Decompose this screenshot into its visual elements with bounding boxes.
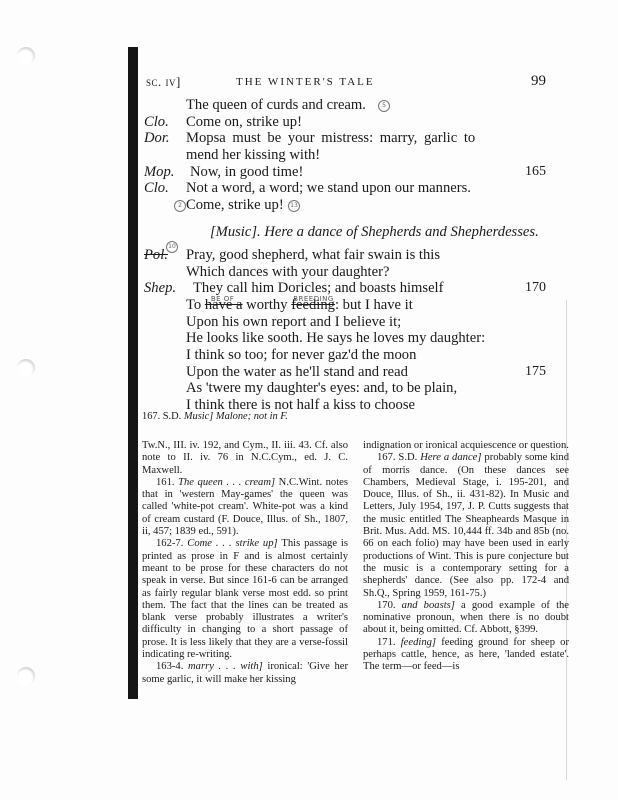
speaker-name: Mop.	[144, 164, 174, 181]
circled-number-mark: 5	[378, 100, 390, 112]
handwritten-correction: BE OF	[211, 291, 235, 308]
textual-note: 167. S.D. Music] Malone; not in F.	[142, 411, 288, 422]
play-title: THE WINTER'S TALE	[236, 76, 375, 88]
page-number: 99	[531, 73, 546, 90]
note-ref: 161.	[156, 477, 175, 488]
verse-line: Which dances with your daughter?	[146, 264, 566, 281]
speaker-name: Clo.	[144, 180, 169, 197]
struck-text: feedingBREEDING	[291, 297, 335, 313]
note-ref: 170.	[377, 600, 396, 611]
note-lemma: feeding]	[401, 637, 436, 648]
punch-hole-bottom	[17, 667, 35, 685]
verse-line: Clo. Come on, strike up!	[146, 114, 566, 131]
note-ref: 162-7.	[156, 538, 183, 549]
note-lemma: Come . . . strike up]	[187, 538, 277, 549]
verse-text: Which dances with your daughter?	[186, 264, 389, 281]
commentary-note: 170. and boasts] a good example of the n…	[363, 600, 569, 637]
note-text: This passage is printed as prose in F an…	[142, 538, 348, 660]
punch-hole-middle	[17, 359, 35, 377]
stage-direction: [Music]. Here a dance of Shepherds and S…	[146, 224, 566, 244]
commentary-note: 171. feeding] feeding ground for sheep o…	[363, 637, 569, 674]
verse-line: Shep. They call him Doricles; and boasts…	[146, 280, 566, 297]
verse-line: To have aBE OF worthy feedingBREEDING: b…	[146, 297, 566, 314]
note-ref: 163-4.	[156, 661, 183, 672]
verse-text: Now, in good time!	[190, 164, 303, 181]
textual-note-lemma: Music]	[184, 411, 213, 422]
punch-hole-top	[17, 47, 35, 65]
verse-line: Pol. 10 Pray, good shepherd, what fair s…	[146, 247, 566, 264]
commentary-note: indignation or ironical acquiescence or …	[363, 440, 569, 452]
note-lemma: Here a dance]	[420, 452, 481, 463]
textual-note-text: Malone; not in F.	[216, 411, 288, 422]
speaker-name: Clo.	[144, 114, 169, 131]
verse-text: Upon his own report and I believe it;	[186, 314, 401, 331]
textual-note-ref: 167. S.D.	[142, 411, 181, 422]
note-ref: 171.	[377, 637, 396, 648]
struck-text: have aBE OF	[205, 297, 243, 313]
line-number: 170	[525, 280, 546, 297]
verse-line: 2 Come, strike up! 13	[146, 197, 566, 214]
note-lemma: marry . . . with]	[188, 661, 263, 672]
verse-line: As 'twere my daughter's eyes: and, to be…	[146, 380, 566, 397]
verse-line: Upon his own report and I believe it;	[146, 314, 566, 331]
verse-line: Upon the water as he'll stand and read 1…	[146, 364, 566, 381]
verse-line: mend her kissing with!	[146, 147, 566, 164]
binding-shadow-bar	[128, 47, 138, 699]
circled-number-mark: 13	[288, 200, 300, 212]
line-number: 175	[525, 364, 546, 381]
commentary-note: Tw.N., III. iv. 192, and Cym., II. iii. …	[142, 440, 348, 477]
speaker-name-struck: Pol.	[144, 247, 168, 264]
verse-text: To have aBE OF worthy feedingBREEDING: b…	[186, 297, 413, 314]
commentary-note: 161. The queen . . . cream] N.C.Wint. no…	[142, 477, 348, 538]
verse-text: He looks like sooth. He says he loves my…	[186, 330, 485, 347]
stage-direction-music: [Music].	[210, 224, 261, 240]
verse-text: Mopsa must be your mistress: marry, garl…	[186, 130, 475, 147]
note-text: probably some kind of morris dance. (On …	[363, 452, 569, 598]
note-ref: 167. S.D.	[377, 452, 417, 463]
verse-text: As 'twere my daughter's eyes: and, to be…	[186, 380, 457, 397]
verse-text: Upon the water as he'll stand and read	[186, 364, 408, 381]
verse-line: The queen of curds and cream. 5	[146, 97, 566, 114]
speaker-name: Shep.	[144, 280, 176, 297]
verse-line: He looks like sooth. He says he loves my…	[146, 330, 566, 347]
verse-text: Come, strike up!	[186, 197, 284, 214]
handwritten-correction: BREEDING	[293, 291, 334, 308]
scene-marker: sc. iv]	[146, 74, 181, 90]
commentary-note: 162-7. Come . . . strike up] This passag…	[142, 538, 348, 661]
circled-number-mark: 2	[174, 200, 186, 212]
verse-line: Mop. Now, in good time! 165	[146, 164, 566, 181]
note-lemma: and boasts]	[402, 600, 455, 611]
speaker-name: Dor.	[144, 130, 170, 147]
verse-text: mend her kissing with!	[186, 147, 320, 164]
verse-text: I think so too; for never gaz'd the moon	[186, 347, 416, 364]
stage-direction-text: Here a dance of Shepherds and Shepherdes…	[264, 224, 538, 240]
verse-text: The queen of curds and cream.	[186, 97, 366, 114]
verse-block: The queen of curds and cream. 5 Clo. Com…	[146, 97, 566, 414]
note-lemma: The queen . . . cream]	[178, 477, 275, 488]
verse-text: Pray, good shepherd, what fair swain is …	[186, 247, 440, 264]
commentary-note: 163-4. marry . . . with] ironical: 'Give…	[142, 661, 348, 686]
circled-number-mark: 10	[166, 241, 178, 253]
line-number: 165	[525, 164, 546, 181]
verse-line: Dor. Mopsa must be your mistress: marry,…	[146, 130, 566, 147]
verse-line: I think so too; for never gaz'd the moon	[146, 347, 566, 364]
commentary-note: 167. S.D. Here a dance] probably some ki…	[363, 452, 569, 600]
verse-line: Clo. Not a word, a word; we stand upon o…	[146, 180, 566, 197]
verse-text: Not a word, a word; we stand upon our ma…	[186, 180, 471, 197]
verse-text: Come on, strike up!	[186, 114, 302, 131]
